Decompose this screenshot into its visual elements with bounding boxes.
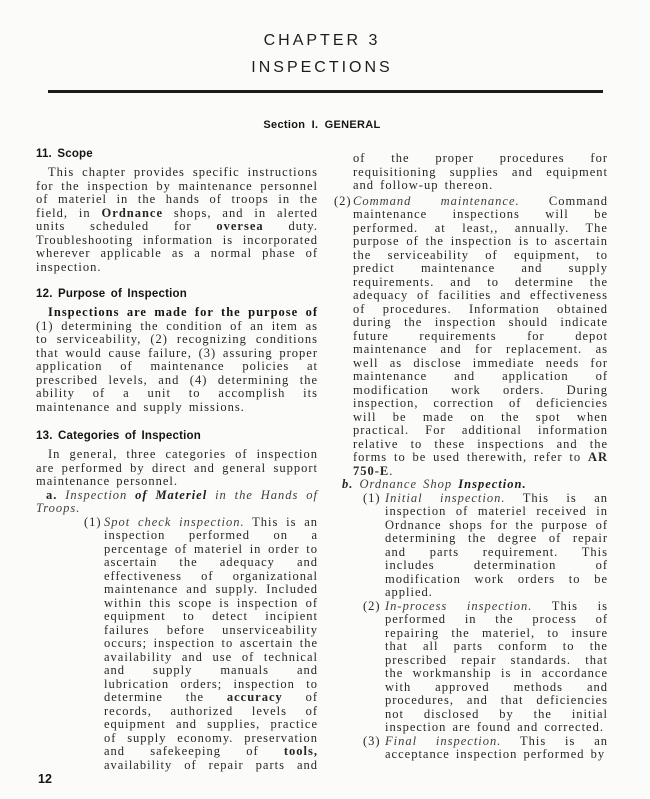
item-a-heading: a. Inspection of Materiel in the Hands o… [36,489,318,516]
two-column-layout: 11. Scope This chapter provides specific… [36,148,608,772]
item-command-text-2: . [389,464,393,478]
item-initial-inspection: (1)Initial inspection. This is an inspec… [334,492,608,600]
item-in-process-text: This is performed in the process of repa… [385,599,608,735]
continuation-paragraph: of the proper procedures for requisition… [334,152,608,193]
header-rule [48,90,603,93]
item-spot-check-text-1: This is an inspection performed on a per… [104,515,318,705]
scope-bold-ordnance: Ordnance [102,206,163,220]
item-in-process-inspection: (2)In-process inspection. This is perfor… [334,600,608,735]
item-b-label: b. [342,477,353,491]
page-number: 12 [38,772,52,786]
item-command-text-1: Command maintenance inspections will be … [353,194,608,465]
heading-scope: 11. Scope [36,148,318,160]
item-final-inspection: (3)Final inspection. This is an acceptan… [334,735,608,762]
item-initial-text: This is an inspection of materiel receiv… [385,491,608,600]
document-page: CHAPTER 3 INSPECTIONS Section I. GENERAL… [0,0,650,799]
heading-categories: 13. Categories of Inspection [36,430,318,442]
paragraph-purpose: Inspections are made for the purpose of … [36,306,318,414]
item-spot-check-number: (1) [84,516,102,530]
item-command-number: (2) [334,195,352,209]
item-spot-check-lead: Spot check inspection. [104,515,245,529]
item-spot-check-bold-tools: tools, [284,744,318,758]
heading-purpose: 12. Purpose of Inspection [36,288,318,300]
item-a-italic-1: Inspection [57,488,135,502]
scope-bold-oversea: oversea [216,219,263,233]
item-final-lead: Final inspection. [385,734,501,748]
item-initial-number: (1) [363,492,381,506]
paragraph-categories: In general, three categories of inspecti… [36,448,318,489]
item-b-bold: Inspection. [458,477,526,491]
item-a-bold: of Materiel [135,488,207,502]
item-a-label: a. [46,488,57,502]
item-in-process-number: (2) [363,600,381,614]
item-b-italic: Ordnance Shop [353,477,458,491]
chapter-heading: CHAPTER 3 [36,32,608,50]
item-spot-check-text-3: availability of repair parts and supplie… [104,758,318,773]
paragraph-scope: This chapter provides specific instructi… [36,166,318,274]
item-initial-lead: Initial inspection. [385,491,506,505]
purpose-text: (1) determining the condition of an item… [36,319,318,414]
item-command-maintenance: (2)Command maintenance. Command maintena… [334,195,608,479]
item-spot-check-bold-accuracy: accuracy [227,690,283,704]
item-b-heading: b. Ordnance Shop Inspection. [334,478,608,492]
item-spot-check-inspection: (1)Spot check inspection. This is an ins… [36,516,318,773]
left-column: 11. Scope This chapter provides specific… [36,148,318,772]
section-heading: Section I. GENERAL [36,119,608,131]
document-title: INSPECTIONS [36,59,608,77]
item-final-number: (3) [363,735,381,749]
purpose-lead: Inspections are made for the purpose of [48,305,318,319]
item-in-process-lead: In-process inspection. [385,599,532,613]
right-column: of the proper procedures for requisition… [334,148,608,772]
item-command-lead: Command maintenance. [353,194,520,208]
